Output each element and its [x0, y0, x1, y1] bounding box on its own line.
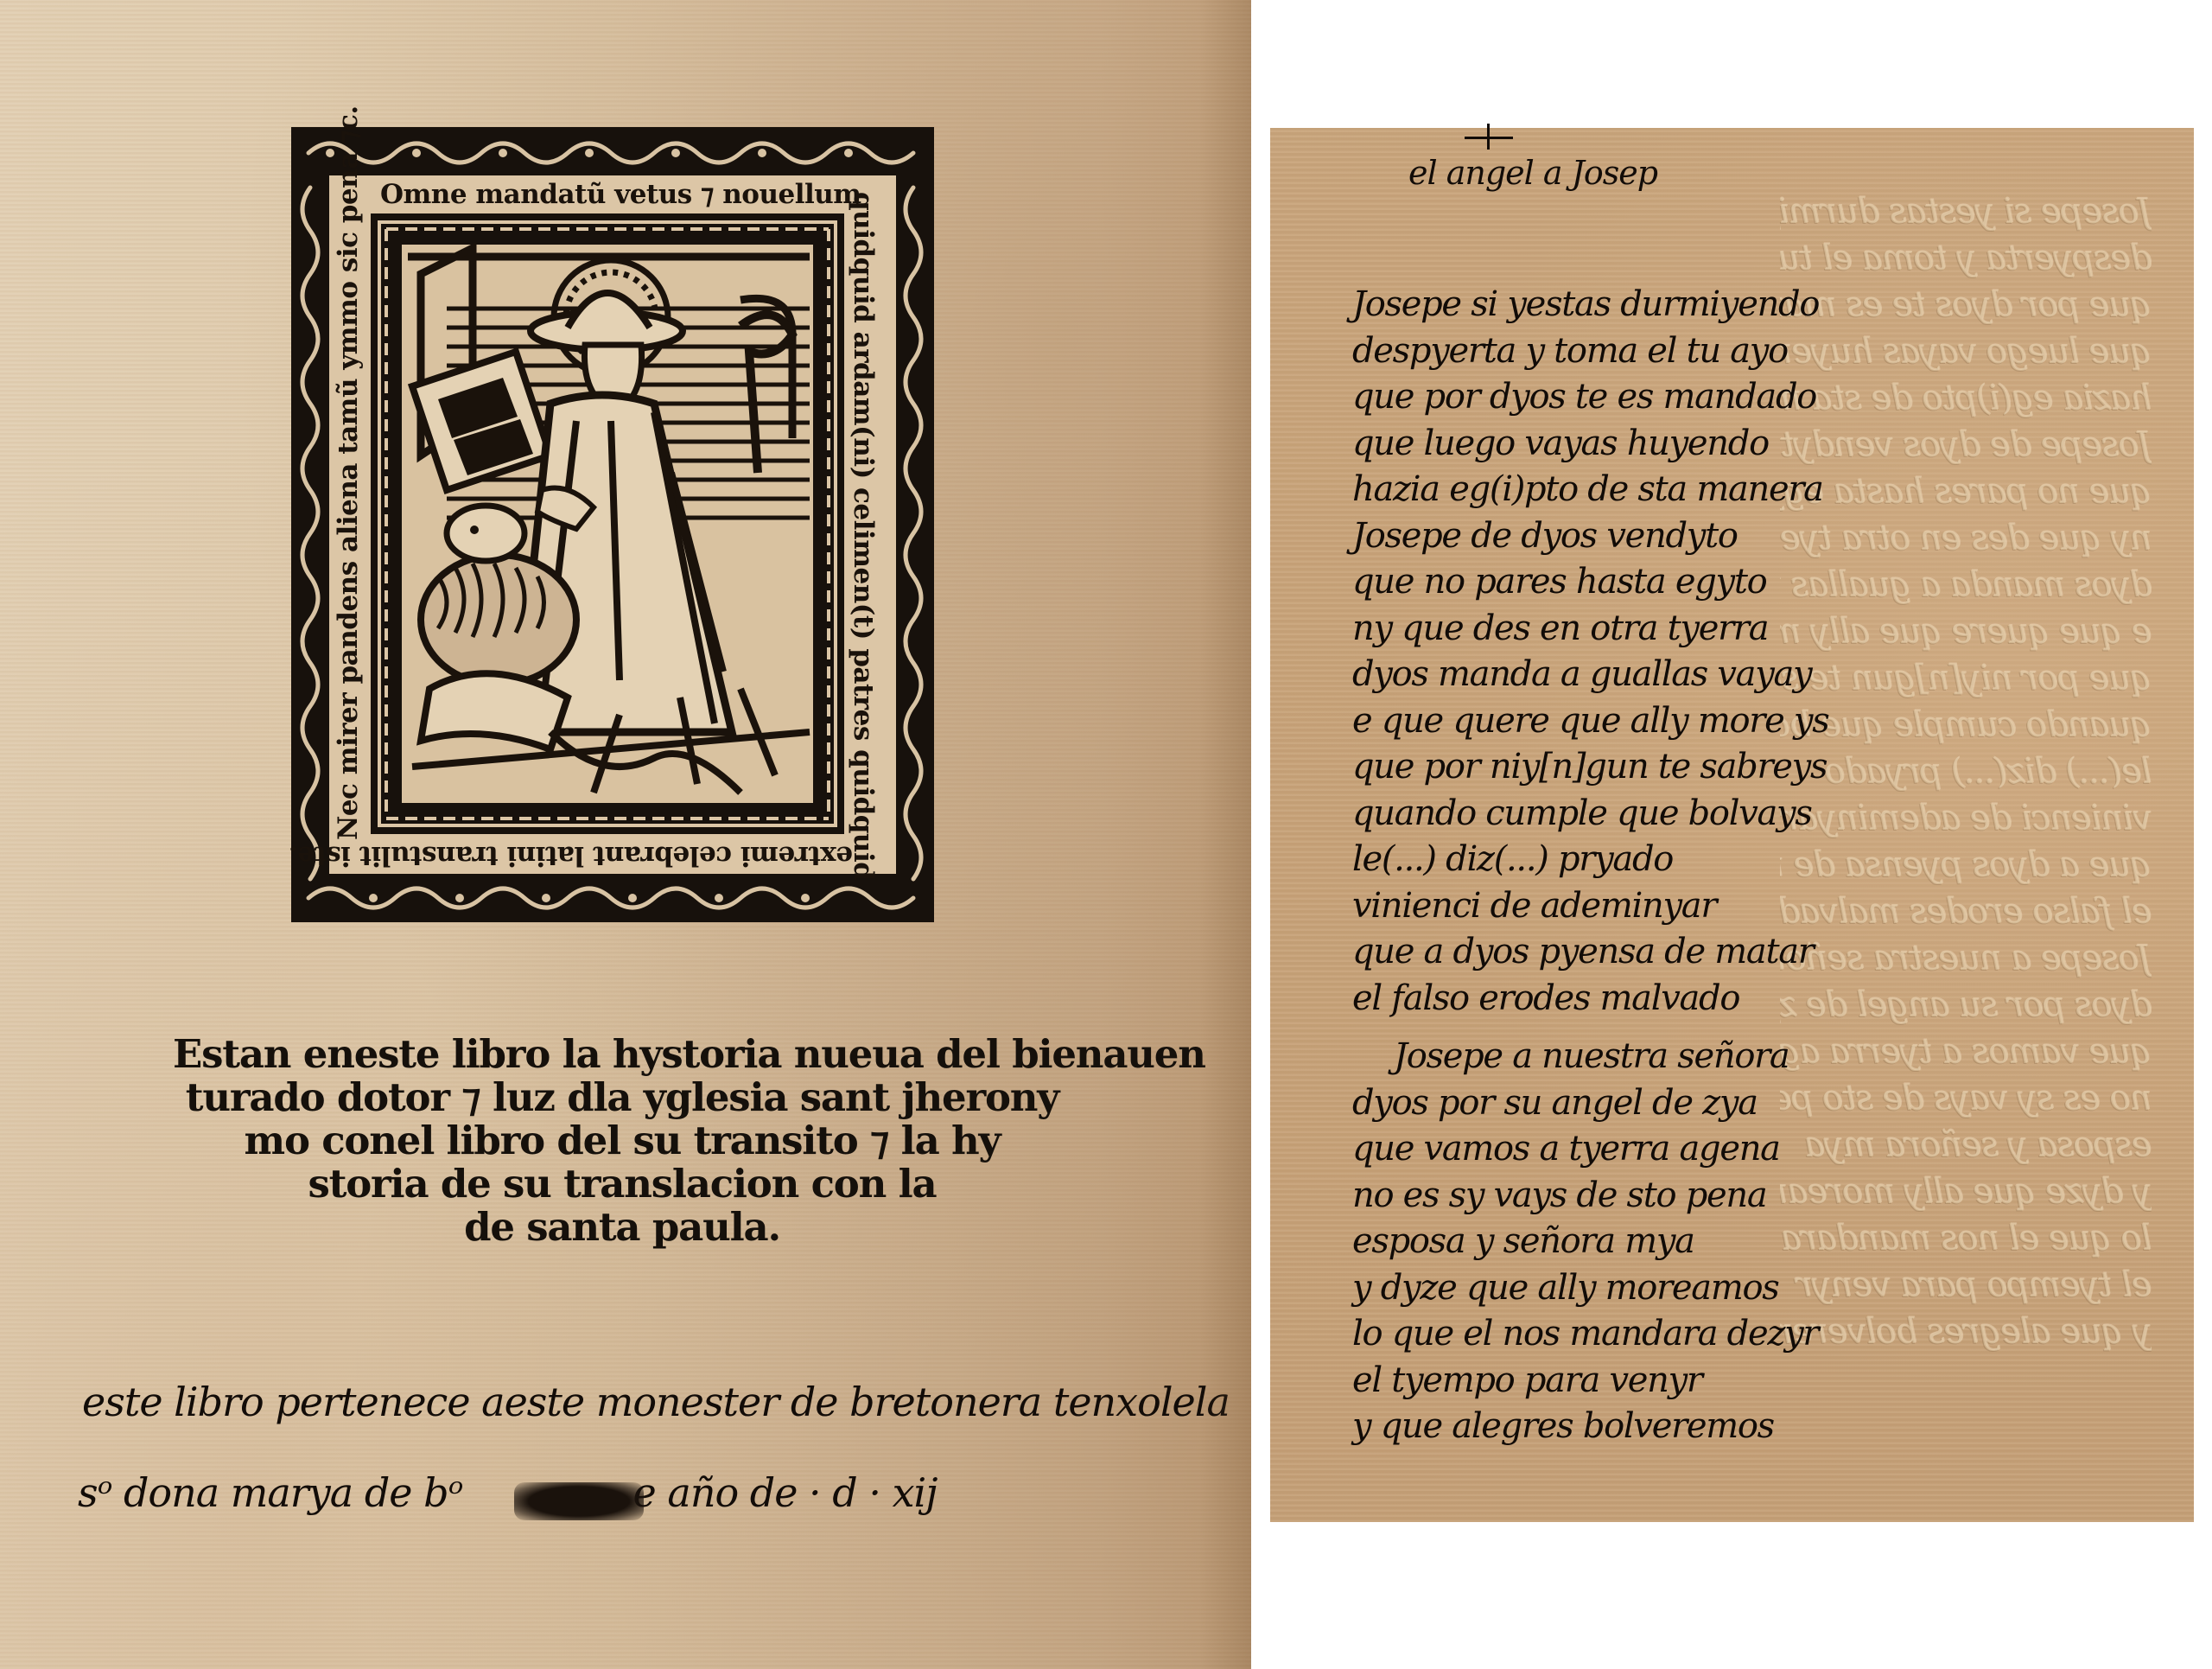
- manuscript-line: ny que des en otra tyerra: [1352, 606, 1828, 653]
- show-through-impression: Josepe si yestas durmiyendo despyerta y …: [1780, 188, 2152, 1528]
- manuscript-line: el tyempo para venyr: [1352, 1358, 1828, 1405]
- woodcut-border-text-right: quidquid ardam(ni) celimen(t) patres qui…: [844, 192, 879, 849]
- manuscript-line: Josepe si yestas durmiyendo: [1352, 282, 1828, 328]
- title-line: Estan eneste libro la hystoria nueua del…: [173, 1033, 1071, 1076]
- manuscript-line: dyos por su angel de zya: [1352, 1080, 1828, 1127]
- manuscript-text: Josepe si yestas durmiyendo despyerta y …: [1352, 282, 1828, 1450]
- title-line: mo conel libro del su transito ⁊ la hy: [173, 1119, 1071, 1163]
- manuscript-line: hazia eg(i)pto de sta manera: [1352, 467, 1828, 513]
- manuscript-line: que por dyos te es mandado: [1352, 374, 1828, 421]
- manuscript-line-stanza-start: Josepe a nuestra señora: [1352, 1034, 1828, 1080]
- woodcut-border-text-left: Nec mirer pandens aliena tamũ ymmo sic p…: [333, 190, 367, 840]
- manuscript-line: quando cumple que bolvays: [1352, 791, 1828, 838]
- manuscript-line: lo que el nos mandara dezyr: [1352, 1311, 1828, 1358]
- woodcut-saint-jerome: Omne mandatũ vetus ⁊ nouellum quidquid a…: [291, 127, 934, 922]
- ownership-note-name: sᵒ dona marya de bᵒ: [78, 1469, 462, 1516]
- title-line: de santa paula.: [173, 1206, 1071, 1249]
- woodcut-border-text-bottom: extremi celebrant latini transtulit iste…: [373, 840, 853, 871]
- woodcut-border-text-top: Omne mandatũ vetus ⁊ nouellum: [380, 179, 861, 210]
- title-line: turado dotor ⁊ luz dla yglesia sant jher…: [173, 1076, 1071, 1119]
- manuscript-line: no es sy vays de sto pena: [1352, 1173, 1828, 1220]
- ownership-note-line-1: este libro pertenece aeste monester de b…: [82, 1379, 1230, 1425]
- printed-title: Estan eneste libro la hystoria nueua del…: [173, 1033, 1071, 1249]
- title-line: storia de su translacion con la: [173, 1163, 1071, 1206]
- manuscript-heading: el angel a Josep: [1408, 154, 1657, 192]
- ownership-note-date: e año de · d · xij: [633, 1469, 938, 1516]
- manuscript-line: que a dyos pyensa de matar: [1352, 929, 1828, 976]
- manuscript-line: esposa y señora mya: [1352, 1219, 1828, 1265]
- manuscript-line: que luego vayas huyendo: [1352, 421, 1828, 468]
- manuscript-line: vinienci de ademinyar: [1352, 883, 1828, 930]
- right-page-manuscript: Josepe si yestas durmiyendo despyerta y …: [1270, 128, 2194, 1522]
- manuscript-line: e que quere que ally more ys: [1352, 698, 1828, 745]
- manuscript-line: que vamos a tyerra agena: [1352, 1126, 1828, 1173]
- manuscript-line: dyos manda a guallas vayay: [1352, 652, 1828, 698]
- manuscript-line: le(...) diz(...) pryado: [1352, 837, 1828, 883]
- manuscript-line: Josepe de dyos vendyto: [1352, 513, 1828, 560]
- manuscript-line: que no pares hasta egyto: [1352, 559, 1828, 606]
- manuscript-line: y que alegres bolveremos: [1352, 1404, 1828, 1450]
- left-page-printed: Omne mandatũ vetus ⁊ nouellum quidquid a…: [0, 0, 1251, 1669]
- ink-blot-struck-word: [514, 1482, 644, 1520]
- manuscript-line: que por niy[n]gun te sabreys: [1352, 744, 1828, 791]
- manuscript-line: despyerta y toma el tu ayo: [1352, 328, 1828, 375]
- manuscript-line: el falso erodes malvado: [1352, 976, 1828, 1022]
- manuscript-line: y dyze que ally moreamos: [1352, 1265, 1828, 1312]
- ownership-note-line-2: sᵒ dona marya de bᵒ e año de · d · xij: [78, 1469, 938, 1516]
- woodcut-illustration: [291, 127, 934, 922]
